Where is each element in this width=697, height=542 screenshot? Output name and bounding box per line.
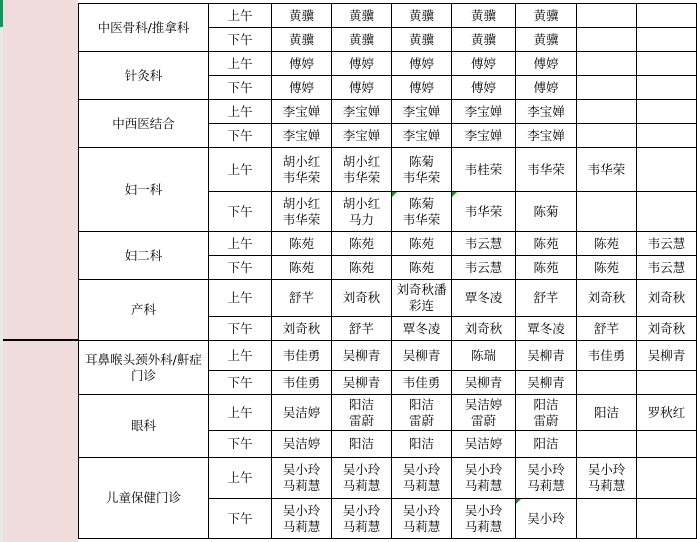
doctor-name: 阳洁 雷蔚 (409, 397, 434, 429)
doctor-cell[interactable] (577, 100, 637, 124)
doctor-cell[interactable] (637, 431, 697, 458)
doctor-cell[interactable] (577, 371, 637, 395)
doctor-name: 陈苑 (409, 236, 434, 252)
group-divider (3, 339, 78, 341)
doctor-name: 吴洁婷 雷蔚 (465, 397, 503, 429)
doctor-cell[interactable]: 黄骥 (516, 28, 577, 52)
doctor-cell[interactable]: 陈菊 韦华荣 (392, 148, 452, 192)
doctor-cell[interactable]: 吴小玲 马莉慧 (272, 499, 332, 539)
doctor-name: 吴柳青 (343, 348, 381, 364)
doctor-cell[interactable] (637, 76, 697, 100)
doctor-cell[interactable] (637, 458, 697, 499)
doctor-name: 傅婷 (349, 80, 374, 96)
doctor-name: 韦云慧 (465, 260, 503, 276)
schedule-table: 中医骨科/推拿科上午黄骥黄骥黄骥黄骥黄骥下午黄骥黄骥黄骥黄骥黄骥针灸科上午傅婷傅… (78, 3, 697, 539)
period-cell[interactable]: 上午 (209, 52, 272, 76)
doctor-cell[interactable]: 韦佳勇 (577, 341, 637, 371)
doctor-name: 阳洁 (409, 436, 434, 452)
doctor-cell[interactable] (637, 499, 697, 539)
doctor-cell[interactable]: 吴小玲 马莉慧 (392, 458, 452, 499)
doctor-cell[interactable]: 吴小玲 马莉慧 (452, 499, 516, 539)
doctor-name: 吴小玲 马莉慧 (343, 503, 381, 535)
doctor-cell[interactable]: 李宝婵 (332, 124, 392, 148)
doctor-cell[interactable]: 陈瑞 (452, 341, 516, 371)
doctor-name: 胡小红 韦华荣 (343, 154, 381, 186)
doctor-cell[interactable] (637, 124, 697, 148)
doctor-name: 吴小玲 马莉慧 (403, 462, 441, 494)
doctor-name: 黄骥 (409, 32, 434, 48)
doctor-name: 傅婷 (471, 80, 496, 96)
doctor-name: 舒芊 (594, 321, 619, 337)
period-cell[interactable]: 下午 (209, 317, 272, 341)
doctor-name: 陈苑 (349, 260, 374, 276)
doctor-name: 陈苑 (594, 236, 619, 252)
doctor-name: 吴小玲 马莉慧 (283, 503, 321, 535)
doctor-cell[interactable] (577, 431, 637, 458)
doctor-name: 韦云慧 (648, 260, 686, 276)
period-cell[interactable]: 上午 (209, 4, 272, 28)
doctor-cell[interactable]: 吴小玲 马莉慧 (452, 458, 516, 499)
period-cell[interactable]: 下午 (209, 371, 272, 395)
doctor-name: 李宝婵 (527, 104, 565, 120)
doctor-cell[interactable]: 韦桂荣 (452, 148, 516, 192)
department-label: 眼科 (131, 418, 156, 434)
doctor-cell[interactable]: 覃冬凌 (392, 317, 452, 341)
doctor-cell[interactable]: 阳洁 (516, 431, 577, 458)
doctor-name: 吴柳青 (648, 348, 686, 364)
doctor-cell[interactable]: 傅婷 (516, 76, 577, 100)
doctor-name: 韦佳勇 (403, 375, 441, 391)
doctor-name: 李宝婵 (527, 128, 565, 144)
doctor-name: 吴小玲 马莉慧 (403, 503, 441, 535)
doctor-cell[interactable]: 陈苑 (332, 232, 392, 256)
doctor-cell[interactable] (577, 28, 637, 52)
doctor-name: 吴洁婷 (283, 405, 321, 421)
doctor-name: 韦桂荣 (465, 162, 503, 178)
department-label: 儿童保健门诊 (106, 490, 181, 506)
table-row: 耳鼻喉头颈外科/鼾症 门诊上午韦佳勇吴柳青吴柳青陈瑞吴柳青韦佳勇吴柳青 (79, 341, 697, 371)
doctor-cell[interactable]: 李宝婵 (332, 100, 392, 124)
doctor-cell[interactable]: 吴小玲 马莉慧 (332, 458, 392, 499)
doctor-name: 陈苑 (409, 260, 434, 276)
doctor-name: 李宝婵 (403, 128, 441, 144)
doctor-name: 傅婷 (533, 56, 558, 72)
doctor-cell[interactable]: 黄骥 (332, 28, 392, 52)
doctor-cell[interactable] (637, 192, 697, 232)
period-cell[interactable]: 上午 (209, 341, 272, 371)
doctor-cell[interactable]: 阳洁 (332, 431, 392, 458)
doctor-cell[interactable]: 韦佳勇 (272, 341, 332, 371)
doctor-cell[interactable]: 韦佳勇 (272, 371, 332, 395)
doctor-cell[interactable]: 吴柳青 (392, 341, 452, 371)
doctor-cell[interactable]: 刘奇秋 (272, 317, 332, 341)
department-cell[interactable]: 中医骨科/推拿科 (79, 4, 209, 52)
doctor-name: 傅婷 (349, 56, 374, 72)
doctor-name: 吴洁婷 (465, 436, 503, 452)
doctor-name: 陈瑞 (471, 348, 496, 364)
doctor-cell[interactable]: 韦华荣 (516, 148, 577, 192)
doctor-name: 刘奇秋 (588, 290, 626, 306)
doctor-cell[interactable]: 傅婷 (332, 76, 392, 100)
doctor-cell[interactable]: 韦佳勇 (392, 371, 452, 395)
doctor-cell[interactable]: 傅婷 (452, 76, 516, 100)
doctor-cell[interactable]: 刘奇秋潘 彩连 (392, 280, 452, 317)
doctor-cell[interactable]: 吴洁婷 (272, 431, 332, 458)
table-row: 产科上午舒芊刘奇秋刘奇秋潘 彩连覃冬凌舒芊刘奇秋刘奇秋 (79, 280, 697, 317)
doctor-name: 刘奇秋潘 彩连 (396, 282, 446, 314)
doctor-cell[interactable] (637, 28, 697, 52)
doctor-name: 刘奇秋 (648, 290, 686, 306)
doctor-name: 吴小玲 马莉慧 (283, 462, 321, 494)
doctor-cell[interactable]: 黄骥 (452, 4, 516, 28)
doctor-name: 舒芊 (349, 321, 374, 337)
doctor-cell[interactable]: 黄骥 (516, 4, 577, 28)
doctor-name: 黄骥 (471, 32, 496, 48)
doctor-name: 李宝婵 (343, 104, 381, 120)
doctor-cell[interactable]: 陈苑 (392, 232, 452, 256)
doctor-name: 黄骥 (533, 32, 558, 48)
doctor-name: 傅婷 (409, 56, 434, 72)
doctor-cell[interactable]: 黄骥 (272, 4, 332, 28)
doctor-cell[interactable]: 李宝婵 (392, 124, 452, 148)
table-row: 妇二科上午陈苑陈苑陈苑韦云慧陈苑陈苑韦云慧 (79, 232, 697, 256)
doctor-cell[interactable]: 黄骥 (452, 28, 516, 52)
department-cell[interactable]: 产科 (79, 280, 209, 341)
doctor-cell[interactable]: 舒芊 (516, 280, 577, 317)
doctor-name: 吴洁婷 (283, 436, 321, 452)
department-label: 中医骨科/推拿科 (98, 20, 190, 36)
doctor-cell[interactable] (577, 52, 637, 76)
doctor-name: 陈菊 韦华荣 (403, 154, 441, 186)
department-label: 产科 (131, 302, 156, 318)
doctor-name: 罗秋红 (648, 405, 686, 421)
doctor-cell[interactable]: 李宝婵 (272, 100, 332, 124)
doctor-name: 黄骥 (289, 32, 314, 48)
doctor-name: 吴柳青 (403, 348, 441, 364)
doctor-name: 吴小玲 马莉慧 (465, 503, 503, 535)
department-cell[interactable]: 儿童保健门诊 (79, 458, 209, 539)
department-cell[interactable]: 妇二科 (79, 232, 209, 280)
doctor-cell[interactable]: 陈苑 (516, 232, 577, 256)
doctor-name: 李宝婵 (343, 128, 381, 144)
doctor-name: 傅婷 (471, 56, 496, 72)
period-cell[interactable]: 上午 (209, 232, 272, 256)
doctor-cell[interactable]: 李宝婵 (516, 124, 577, 148)
period-cell[interactable]: 上午 (209, 280, 272, 317)
doctor-name: 陈菊 (533, 204, 558, 220)
doctor-name: 陈苑 (533, 260, 558, 276)
doctor-name: 吴柳青 (465, 375, 503, 391)
doctor-cell[interactable]: 刘奇秋 (637, 280, 697, 317)
doctor-cell[interactable]: 吴洁婷 (272, 395, 332, 431)
doctor-name: 覃冬凌 (465, 290, 503, 306)
doctor-cell[interactable]: 吴洁婷 雷蔚 (452, 395, 516, 431)
doctor-name: 韦华荣 (527, 162, 565, 178)
doctor-cell[interactable]: 陈苑 (577, 232, 637, 256)
doctor-cell[interactable]: 吴小玲 马莉慧 (577, 458, 637, 499)
doctor-name: 韦佳勇 (283, 375, 321, 391)
doctor-cell[interactable] (577, 499, 637, 539)
doctor-cell[interactable]: 阳洁 雷蔚 (332, 395, 392, 431)
doctor-cell[interactable]: 陈苑 (332, 256, 392, 280)
doctor-cell[interactable]: 傅婷 (516, 52, 577, 76)
doctor-name: 阳洁 (349, 436, 374, 452)
period-cell[interactable]: 下午 (209, 28, 272, 52)
doctor-name: 刘奇秋 (648, 321, 686, 337)
doctor-cell[interactable]: 胡小红 韦华荣 (332, 148, 392, 192)
doctor-cell[interactable]: 李宝婵 (452, 100, 516, 124)
doctor-cell[interactable] (577, 192, 637, 232)
doctor-name: 陈苑 (289, 236, 314, 252)
doctor-cell[interactable]: 胡小红 韦华荣 (272, 148, 332, 192)
doctor-name: 陈苑 (533, 236, 558, 252)
doctor-cell[interactable]: 陈苑 (272, 232, 332, 256)
doctor-name: 吴小玲 马莉慧 (343, 462, 381, 494)
doctor-cell[interactable]: 韦云慧 (452, 232, 516, 256)
period-cell[interactable]: 下午 (209, 76, 272, 100)
department-cell[interactable]: 针灸科 (79, 52, 209, 100)
doctor-name: 陈苑 (594, 260, 619, 276)
doctor-cell[interactable]: 吴柳青 (332, 371, 392, 395)
doctor-cell[interactable]: 陈苑 (577, 256, 637, 280)
doctor-cell[interactable]: 覃冬凌 (452, 280, 516, 317)
doctor-name: 韦华荣 (588, 162, 626, 178)
period-cell[interactable]: 下午 (209, 124, 272, 148)
doctor-name: 李宝婵 (283, 104, 321, 120)
doctor-name: 李宝婵 (465, 128, 503, 144)
doctor-cell[interactable]: 刘奇秋 (637, 317, 697, 341)
doctor-cell[interactable]: 刘奇秋 (577, 280, 637, 317)
doctor-name: 吴小玲 马莉慧 (465, 462, 503, 494)
doctor-cell[interactable]: 李宝婵 (516, 100, 577, 124)
doctor-name: 阳洁 (594, 405, 619, 421)
table-row: 中西医结合上午李宝婵李宝婵李宝婵李宝婵李宝婵 (79, 100, 697, 124)
doctor-name: 吴小玲 (527, 511, 565, 527)
doctor-cell[interactable]: 韦华荣 (452, 192, 516, 232)
doctor-cell[interactable]: 覃冬凌 (516, 317, 577, 341)
doctor-name: 韦佳勇 (588, 348, 626, 364)
doctor-name: 吴柳青 (527, 348, 565, 364)
doctor-cell[interactable]: 陈苑 (392, 256, 452, 280)
doctor-cell[interactable]: 罗秋红 (637, 395, 697, 431)
doctor-cell[interactable]: 李宝婵 (452, 124, 516, 148)
doctor-cell[interactable]: 傅婷 (272, 52, 332, 76)
doctor-name: 李宝婵 (283, 128, 321, 144)
doctor-cell[interactable]: 吴柳青 (637, 341, 697, 371)
doctor-cell[interactable]: 韦华荣 (577, 148, 637, 192)
doctor-cell[interactable]: 陈菊 韦华荣 (392, 192, 452, 232)
doctor-name: 舒芊 (289, 290, 314, 306)
doctor-cell[interactable]: 胡小红 韦华荣 (272, 192, 332, 232)
department-cell[interactable]: 眼科 (79, 395, 209, 458)
department-label: 妇一科 (125, 182, 163, 198)
doctor-cell[interactable]: 阳洁 雷蔚 (392, 395, 452, 431)
department-label: 妇二科 (125, 248, 163, 264)
doctor-cell[interactable]: 傅婷 (272, 76, 332, 100)
department-cell[interactable]: 妇一科 (79, 148, 209, 232)
doctor-name: 阳洁 (533, 436, 558, 452)
doctor-name: 胡小红 韦华荣 (283, 196, 321, 228)
doctor-cell[interactable] (637, 148, 697, 192)
period-cell[interactable]: 下午 (209, 431, 272, 458)
doctor-name: 吴柳青 (343, 375, 381, 391)
department-cell[interactable]: 中西医结合 (79, 100, 209, 148)
period-cell[interactable]: 下午 (209, 256, 272, 280)
doctor-cell[interactable]: 吴小玲 (516, 499, 577, 539)
doctor-name: 李宝婵 (465, 104, 503, 120)
table-row: 针灸科上午傅婷傅婷傅婷傅婷傅婷 (79, 52, 697, 76)
doctor-cell[interactable]: 黄骥 (392, 4, 452, 28)
doctor-name: 李宝婵 (403, 104, 441, 120)
doctor-cell[interactable]: 吴小玲 马莉慧 (392, 499, 452, 539)
doctor-cell[interactable]: 李宝婵 (392, 100, 452, 124)
doctor-name: 阳洁 雷蔚 (533, 397, 558, 429)
doctor-name: 覃冬凌 (403, 321, 441, 337)
doctor-cell[interactable]: 舒芊 (332, 317, 392, 341)
doctor-cell[interactable]: 黄骥 (272, 28, 332, 52)
doctor-cell[interactable]: 胡小红 马力 (332, 192, 392, 232)
doctor-name: 刘奇秋 (343, 290, 381, 306)
doctor-name: 胡小红 马力 (343, 196, 381, 228)
doctor-cell[interactable]: 吴柳青 (452, 371, 516, 395)
doctor-name: 陈苑 (349, 236, 374, 252)
doctor-name: 刘奇秋 (283, 321, 321, 337)
table-row: 中医骨科/推拿科上午黄骥黄骥黄骥黄骥黄骥 (79, 4, 697, 28)
doctor-name: 舒芊 (533, 290, 558, 306)
doctor-cell[interactable] (637, 371, 697, 395)
department-cell[interactable]: 耳鼻喉头颈外科/鼾症 门诊 (79, 341, 209, 395)
doctor-cell[interactable] (577, 76, 637, 100)
doctor-name: 刘奇秋 (465, 321, 503, 337)
doctor-cell[interactable]: 吴洁婷 (452, 431, 516, 458)
doctor-cell[interactable]: 韦云慧 (452, 256, 516, 280)
doctor-cell[interactable] (637, 100, 697, 124)
table-row: 眼科上午吴洁婷阳洁 雷蔚阳洁 雷蔚吴洁婷 雷蔚阳洁 雷蔚阳洁罗秋红 (79, 395, 697, 431)
doctor-name: 韦华荣 (465, 204, 503, 220)
doctor-cell[interactable] (577, 4, 637, 28)
doctor-name: 黄骥 (349, 32, 374, 48)
doctor-cell[interactable]: 刘奇秋 (452, 317, 516, 341)
doctor-name: 傅婷 (533, 80, 558, 96)
doctor-cell[interactable]: 黄骥 (392, 28, 452, 52)
doctor-cell[interactable]: 吴柳青 (516, 371, 577, 395)
doctor-cell[interactable] (577, 124, 637, 148)
period-cell[interactable]: 上午 (209, 148, 272, 192)
doctor-name: 韦佳勇 (283, 348, 321, 364)
doctor-cell[interactable]: 陈苑 (272, 256, 332, 280)
doctor-cell[interactable]: 陈菊 (516, 192, 577, 232)
department-label: 耳鼻喉头颈外科/鼾症 门诊 (85, 352, 202, 384)
doctor-cell[interactable]: 吴柳青 (516, 341, 577, 371)
table-row: 儿童保健门诊上午吴小玲 马莉慧吴小玲 马莉慧吴小玲 马莉慧吴小玲 马莉慧吴小玲 … (79, 458, 697, 499)
doctor-name: 黄骥 (289, 8, 314, 24)
doctor-cell[interactable]: 傅婷 (392, 52, 452, 76)
doctor-name: 陈菊 韦华荣 (403, 196, 441, 228)
doctor-name: 黄骥 (409, 8, 434, 24)
table-row: 妇一科上午胡小红 韦华荣胡小红 韦华荣陈菊 韦华荣韦桂荣韦华荣韦华荣 (79, 148, 697, 192)
doctor-cell[interactable]: 阳洁 雷蔚 (516, 395, 577, 431)
doctor-cell[interactable]: 傅婷 (332, 52, 392, 76)
doctor-cell[interactable]: 傅婷 (392, 76, 452, 100)
doctor-name: 吴小玲 马莉慧 (588, 462, 626, 494)
group-column[interactable] (3, 0, 78, 542)
doctor-cell[interactable]: 韦云慧 (637, 232, 697, 256)
doctor-cell[interactable]: 傅婷 (452, 52, 516, 76)
doctor-name: 傅婷 (289, 56, 314, 72)
doctor-name: 吴小玲 马莉慧 (527, 462, 565, 494)
doctor-name: 黄骥 (533, 8, 558, 24)
doctor-name: 黄骥 (349, 8, 374, 24)
doctor-cell[interactable] (637, 52, 697, 76)
doctor-cell[interactable]: 韦云慧 (637, 256, 697, 280)
doctor-name: 覃冬凌 (527, 321, 565, 337)
doctor-cell[interactable]: 刘奇秋 (332, 280, 392, 317)
doctor-name: 韦云慧 (465, 236, 503, 252)
doctor-cell[interactable]: 吴小玲 马莉慧 (272, 458, 332, 499)
doctor-name: 黄骥 (471, 8, 496, 24)
doctor-name: 陈苑 (289, 260, 314, 276)
doctor-cell[interactable]: 陈苑 (516, 256, 577, 280)
doctor-name: 傅婷 (289, 80, 314, 96)
doctor-name: 胡小红 韦华荣 (283, 154, 321, 186)
doctor-cell[interactable]: 李宝婵 (272, 124, 332, 148)
doctor-cell[interactable]: 阳洁 (392, 431, 452, 458)
doctor-name: 傅婷 (409, 80, 434, 96)
doctor-name: 阳洁 雷蔚 (349, 397, 374, 429)
department-label: 中西医结合 (112, 116, 175, 132)
period-cell[interactable]: 上午 (209, 100, 272, 124)
doctor-name: 韦云慧 (648, 236, 686, 252)
doctor-cell[interactable] (637, 4, 697, 28)
period-cell[interactable]: 上午 (209, 395, 272, 431)
doctor-name: 吴柳青 (527, 375, 565, 391)
period-cell[interactable]: 下午 (209, 499, 272, 539)
period-cell[interactable]: 上午 (209, 458, 272, 499)
doctor-cell[interactable]: 黄骥 (332, 4, 392, 28)
department-label: 针灸科 (125, 68, 163, 84)
doctor-cell[interactable]: 吴柳青 (332, 341, 392, 371)
period-cell[interactable]: 下午 (209, 192, 272, 232)
doctor-cell[interactable]: 舒芊 (577, 317, 637, 341)
doctor-cell[interactable]: 阳洁 (577, 395, 637, 431)
doctor-cell[interactable]: 吴小玲 马莉慧 (332, 499, 392, 539)
doctor-cell[interactable]: 吴小玲 马莉慧 (516, 458, 577, 499)
doctor-cell[interactable]: 舒芊 (272, 280, 332, 317)
